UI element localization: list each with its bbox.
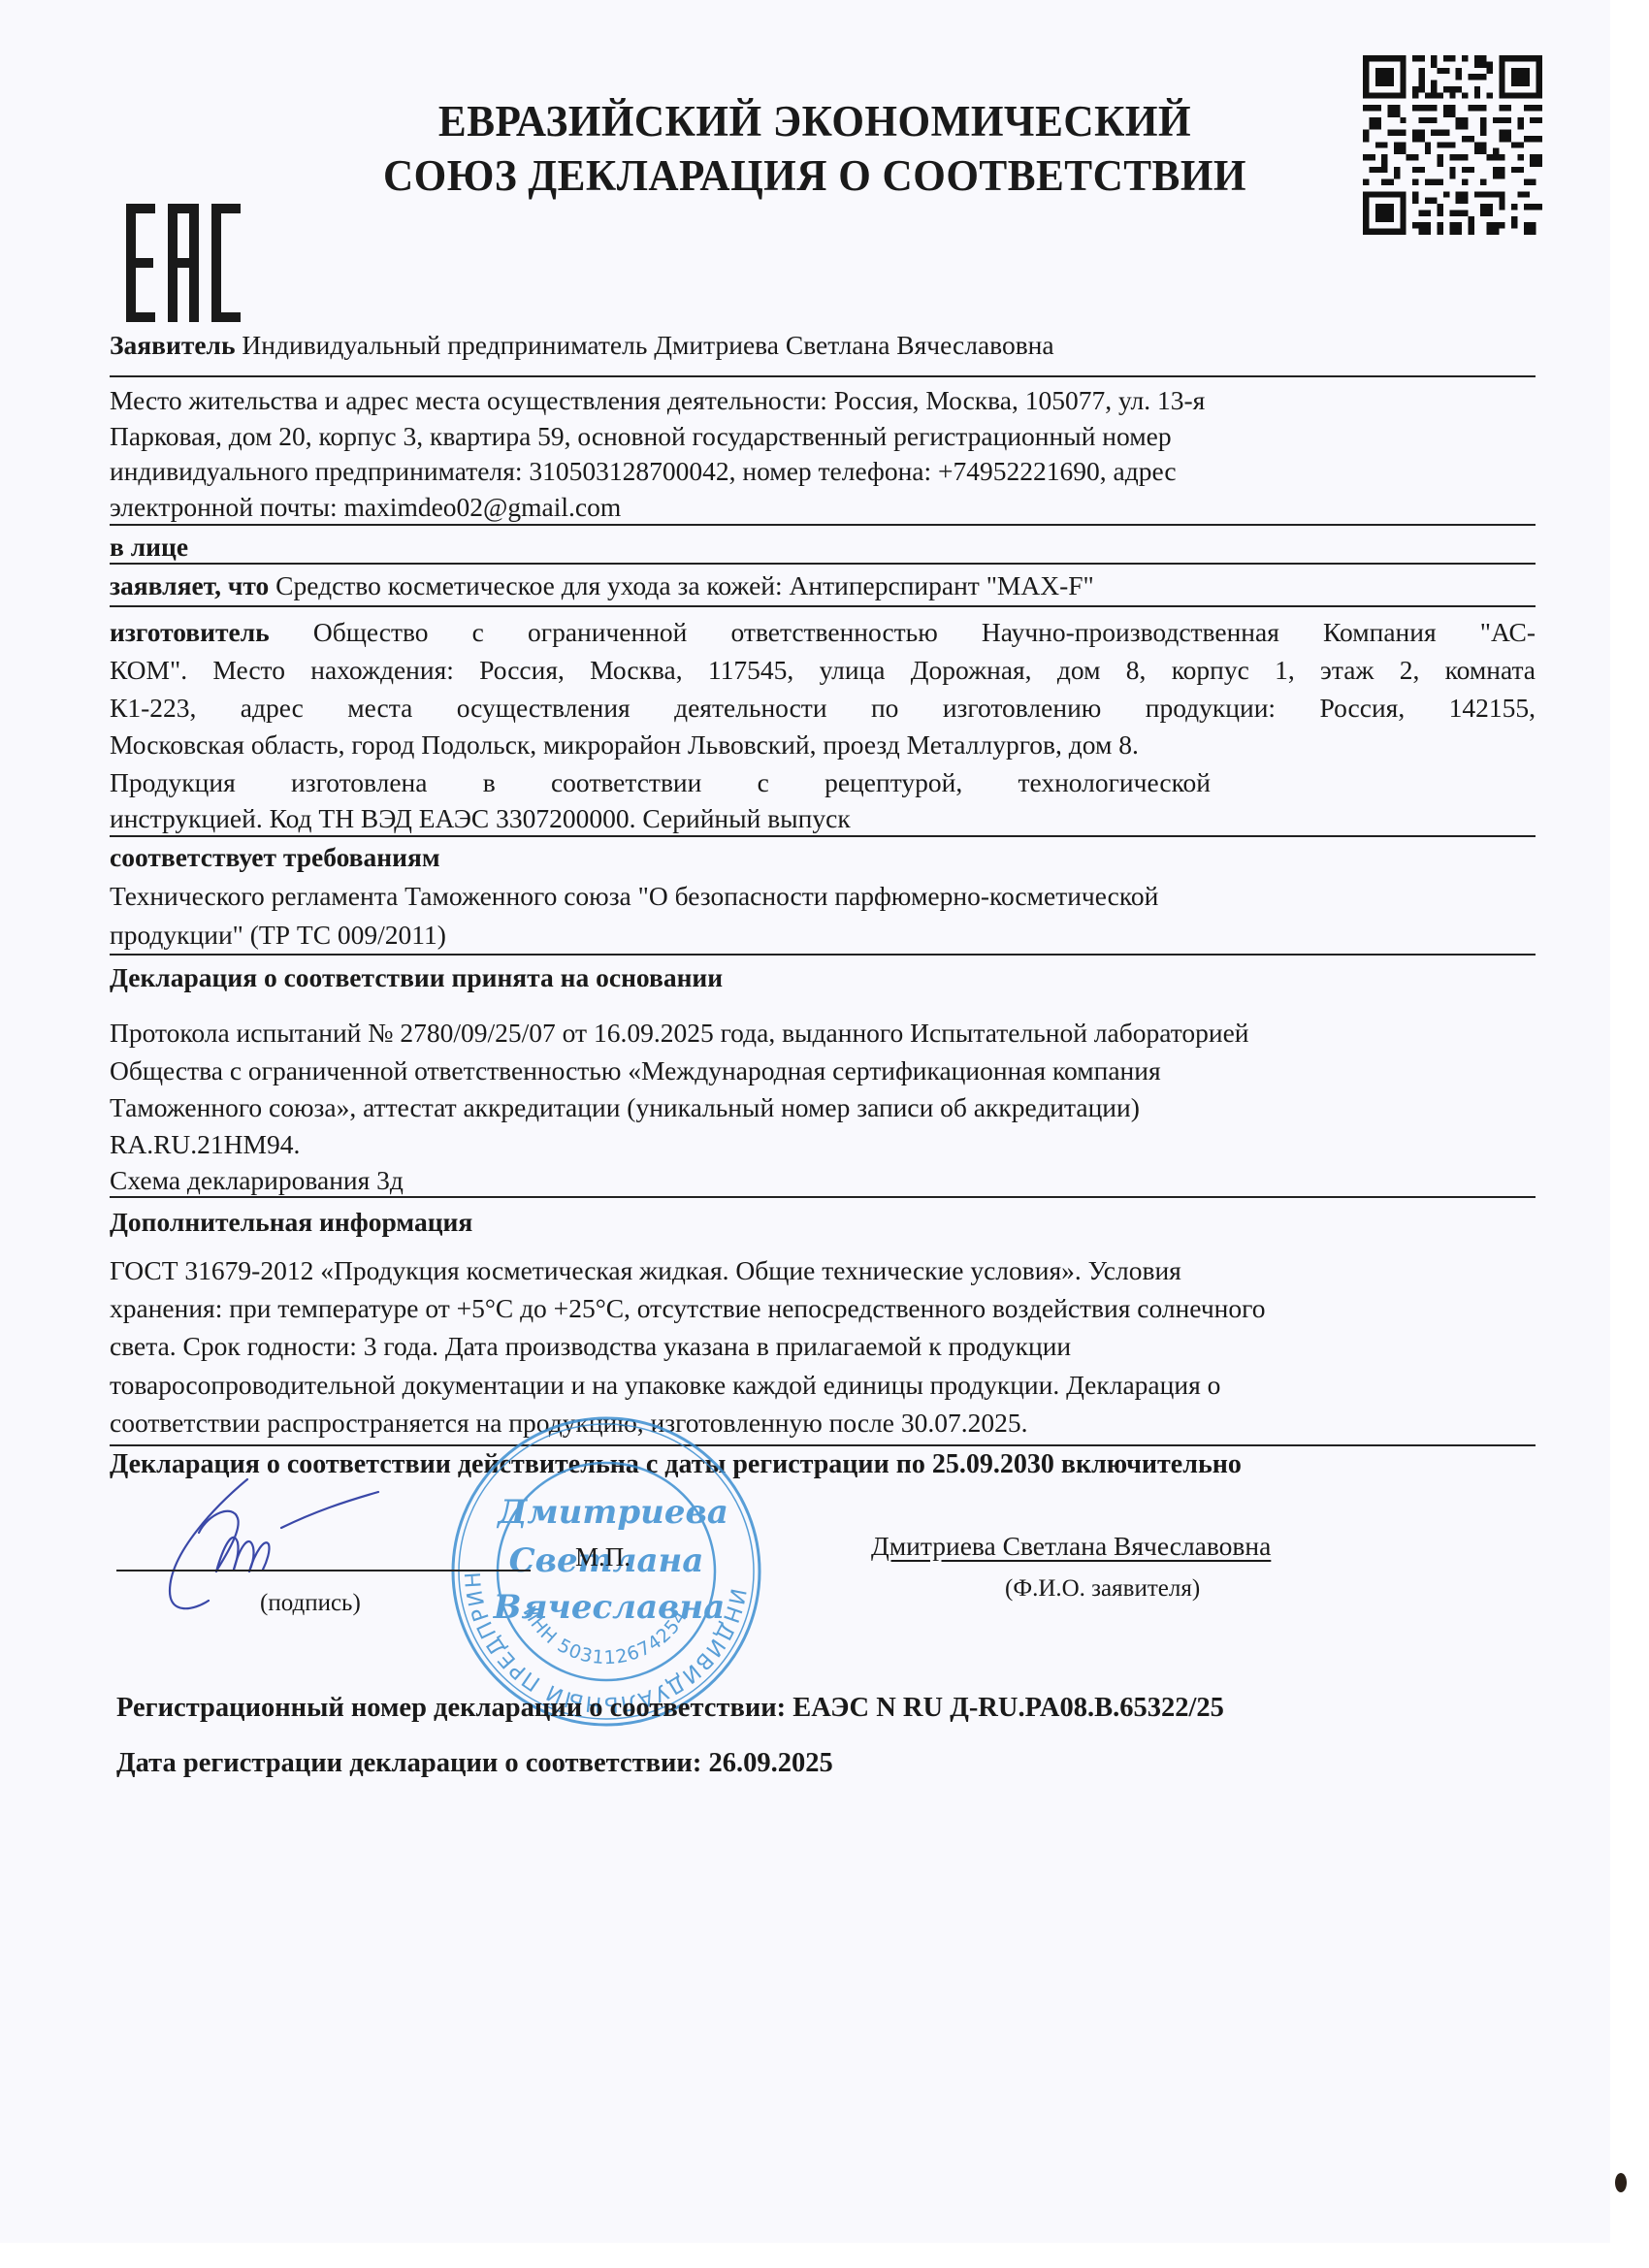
basis-line: Таможенного союза», аттестат аккредитаци… bbox=[110, 1090, 1536, 1125]
additional-info-line: товаросопроводительной документации и на… bbox=[110, 1368, 1536, 1403]
declaration-scheme: Схема декларирования 3д bbox=[110, 1163, 1536, 1198]
additional-info-line: хранения: при температуре от +5°С до +25… bbox=[110, 1291, 1536, 1326]
regulation-line: Технического регламента Таможенного союз… bbox=[110, 879, 1536, 914]
registration-number-label: Регистрационный номер декларации о соотв… bbox=[116, 1693, 786, 1723]
applicant-address-line: индивидуального предпринимателя: 3105031… bbox=[110, 454, 1536, 489]
qr-code-icon bbox=[1363, 55, 1542, 235]
seal-label: М.П. bbox=[575, 1542, 630, 1572]
additional-info-line: соответствии распространяется на продукц… bbox=[110, 1406, 1536, 1441]
signature-caption: (подпись) bbox=[260, 1589, 361, 1618]
additional-info-line: света. Срок годности: 3 года. Дата произ… bbox=[110, 1329, 1536, 1364]
manufacturer-line: К1-223, адрес места осуществления деятел… bbox=[110, 691, 1536, 726]
registration-number-value: ЕАЭС N RU Д-RU.PA08.B.65322/25 bbox=[792, 1693, 1224, 1723]
divider bbox=[110, 563, 1536, 565]
registration-number-row: Регистрационный номер декларации о соотв… bbox=[116, 1691, 1224, 1726]
represented-by-label: в лице bbox=[110, 530, 1536, 565]
divider bbox=[110, 954, 1536, 956]
stamp-name-3: Вячеславна bbox=[493, 1588, 726, 1627]
divider bbox=[110, 375, 1536, 377]
conforms-label: соответствует требованиям bbox=[110, 840, 1536, 875]
basis-line: Протокола испытаний № 2780/09/25/07 от 1… bbox=[110, 1016, 1536, 1051]
divider bbox=[110, 1196, 1536, 1198]
manufacturer-row: изготовитель Общество с ограниченной отв… bbox=[110, 615, 1536, 650]
divider bbox=[110, 524, 1536, 526]
accreditation-number: RA.RU.21HM94. bbox=[110, 1127, 1536, 1162]
manufacturer-line: инструкцией. Код ТН ВЭД ЕАЭС 3307200000.… bbox=[110, 801, 1536, 836]
scan-edge-right bbox=[1610, 0, 1649, 2268]
registration-date-label: Дата регистрации декларации о соответств… bbox=[116, 1748, 701, 1778]
applicant-address-line: Парковая, дом 20, корпус 3, квартира 59,… bbox=[110, 419, 1536, 454]
divider bbox=[110, 835, 1536, 837]
manufacturer-line: КОМ". Место нахождения: Россия, Москва, … bbox=[110, 653, 1536, 688]
stamp-name-1: Дмитриева bbox=[496, 1493, 728, 1532]
applicant-value: Индивидуальный предприниматель Дмитриева… bbox=[242, 330, 1053, 360]
applicant-row: Заявитель Индивидуальный предприниматель… bbox=[110, 328, 1536, 363]
product-name: Средство косметическое для ухода за коже… bbox=[275, 570, 1094, 600]
eac-logo-icon bbox=[126, 204, 241, 322]
manufacturer-line: Продукция изготовлена в соответствии с р… bbox=[110, 765, 1211, 800]
manufacturer-value: Общество с ограниченной ответственностью… bbox=[313, 617, 1536, 647]
registration-date-row: Дата регистрации декларации о соответств… bbox=[116, 1746, 833, 1781]
declares-label: заявляет, что bbox=[110, 570, 269, 600]
registration-date-value: 26.09.2025 bbox=[708, 1748, 832, 1778]
additional-info-label: Дополнительная информация bbox=[110, 1205, 1536, 1240]
declares-row: заявляет, что Средство косметическое для… bbox=[110, 568, 1536, 603]
applicant-address-line: Место жительства и адрес места осуществл… bbox=[110, 383, 1536, 418]
applicant-label: Заявитель bbox=[110, 330, 236, 360]
manufacturer-label: изготовитель bbox=[110, 617, 270, 647]
additional-info-line: ГОСТ 31679-2012 «Продукция косметическая… bbox=[110, 1253, 1536, 1288]
name-caption: (Ф.И.О. заявителя) bbox=[1005, 1574, 1200, 1604]
regulation-line: продукции" (ТР ТС 009/2011) bbox=[110, 918, 1536, 953]
applicant-address-line: электронной почты: maximdeo02@gmail.com bbox=[110, 490, 1536, 525]
scan-edge-bottom bbox=[0, 2243, 1649, 2268]
basis-line: Общества с ограниченной ответственностью… bbox=[110, 1053, 1536, 1088]
manufacturer-line: Московская область, город Подольск, микр… bbox=[110, 728, 1536, 762]
basis-label: Декларация о соответствии принята на осн… bbox=[110, 960, 1536, 995]
scan-speck bbox=[1615, 2173, 1627, 2192]
divider bbox=[110, 605, 1536, 607]
applicant-name-signature: Дмитриева Светлана Вячеславовна bbox=[871, 1529, 1271, 1564]
divider bbox=[110, 1444, 1536, 1446]
signature-line bbox=[116, 1570, 531, 1571]
